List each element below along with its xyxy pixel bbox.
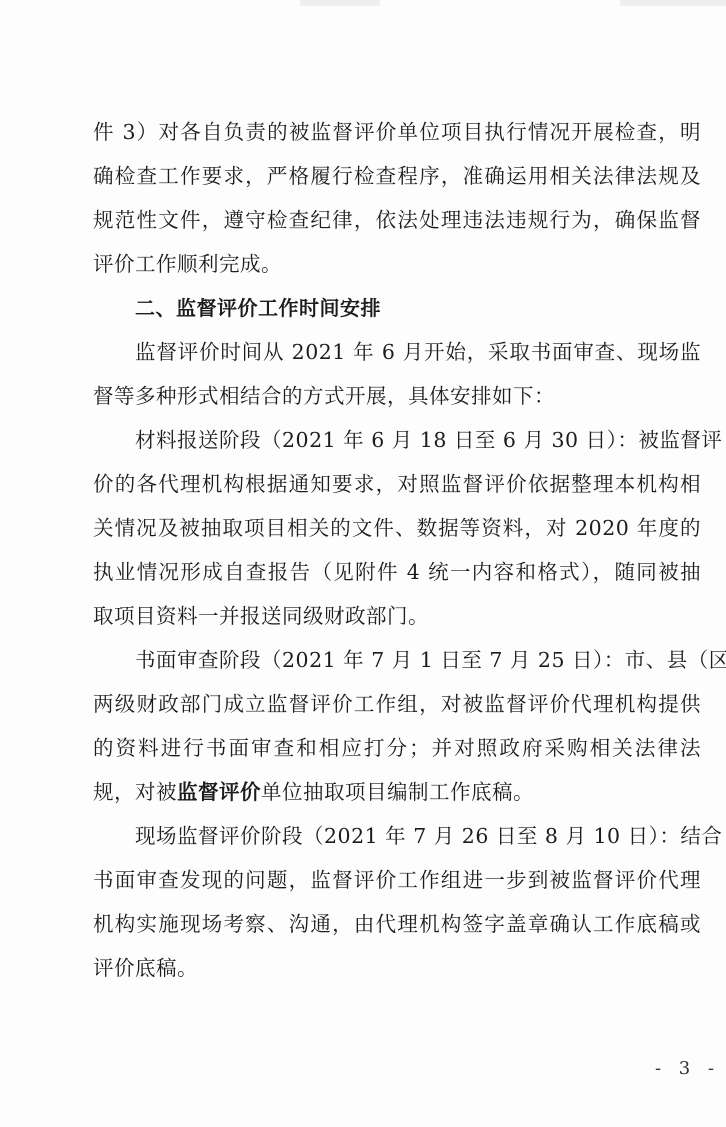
body-line: 评价底稿。 [93,946,701,990]
body-line: 书面审查发现的问题，监督评价工作组进一步到被监督评价代理 [93,858,701,902]
body-line: 两级财政部门成立监督评价工作组，对被监督评价代理机构提供 [93,682,701,726]
body-line: 件 3）对各自负责的被监督评价单位项目执行情况开展检查，明 [93,110,701,154]
body-line: 督等多种形式相结合的方式开展，具体安排如下： [93,374,701,418]
body-line: 材料报送阶段（2021 年 6 月 18 日至 6 月 30 日）：被监督评 [93,418,701,462]
body-line: 书面审查阶段（2021 年 7 月 1 日至 7 月 25 日）：市、县（区） [93,638,701,682]
scan-smudge [620,0,726,6]
bold-text-run: 监督评价 [177,780,261,804]
body-line: 监督评价时间从 2021 年 6 月开始，采取书面审查、现场监 [93,330,701,374]
body-line: 执业情况形成自查报告（见附件 4 统一内容和格式），随同被抽 [93,550,701,594]
section-heading: 二、监督评价工作时间安排 [93,286,701,330]
scan-smudge [300,0,380,6]
body-line: 机构实施现场考察、沟通，由代理机构签字盖章确认工作底稿或 [93,902,701,946]
body-line: 取项目资料一并报送同级财政部门。 [93,594,701,638]
body-line: 关情况及被抽取项目相关的文件、数据等资料，对 2020 年度的 [93,506,701,550]
body-line: 的资料进行书面审查和相应打分；并对照政府采购相关法律法 [93,726,701,770]
body-line: 规范性文件，遵守检查纪律，依法处理违法违规行为，确保监督 [93,198,701,242]
body-line: 现场监督评价阶段（2021 年 7 月 26 日至 8 月 10 日）：结合 [93,814,701,858]
page-number: - 3 - [655,1058,720,1079]
text-run: 规，对被 [93,780,177,804]
document-page: 件 3）对各自负责的被监督评价单位项目执行情况开展检查，明 确检查工作要求，严格… [93,110,701,990]
text-run: 单位抽取项目编制工作底稿。 [261,780,534,804]
body-line: 规，对被监督评价单位抽取项目编制工作底稿。 [93,770,701,814]
body-line: 评价工作顺利完成。 [93,242,701,286]
body-line: 确检查工作要求，严格履行检查程序，准确运用相关法律法规及 [93,154,701,198]
body-line: 价的各代理机构根据通知要求，对照监督评价依据整理本机构相 [93,462,701,506]
